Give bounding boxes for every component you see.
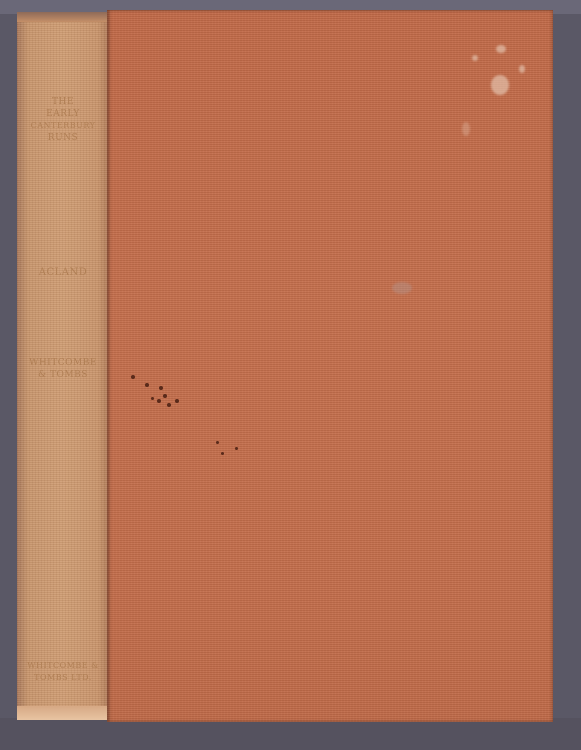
spine-title-line: The (17, 96, 109, 108)
foxing-spot (216, 441, 219, 444)
foxing-spot (131, 375, 135, 379)
cover-stain (519, 65, 525, 73)
spine-publisher: Whitcombe & Tombs (17, 357, 109, 381)
spine-publisher-line: Whitcombe (17, 357, 109, 369)
spine-title: The Early Canterbury Runs (17, 96, 109, 144)
spine-imprint-line: Whitcombe & (17, 660, 109, 672)
book-spine: The Early Canterbury Runs Acland Whitcom… (17, 12, 109, 720)
foxing-spot (175, 399, 179, 403)
spine-title-line: Early (17, 108, 109, 120)
cover-stain (491, 75, 509, 95)
cover-stain (496, 45, 506, 53)
foxing-spot (221, 452, 224, 455)
foxing-spot (167, 403, 171, 407)
spine-imprint: Whitcombe & Tombs Ltd. (17, 660, 109, 684)
front-cover (107, 10, 553, 722)
spine-title-line: Canterbury (17, 120, 109, 132)
foxing-spot (151, 397, 154, 400)
cover-scuff (392, 282, 412, 294)
foxing-spot (163, 394, 167, 398)
foxing-spot (145, 383, 149, 387)
cover-stain (472, 55, 478, 61)
foxing-spot (157, 399, 161, 403)
spine-top-wear (17, 12, 109, 22)
spine-publisher-line: & Tombs (17, 369, 109, 381)
spine-title-line: Runs (17, 132, 109, 144)
foxing-spot (159, 386, 163, 390)
spine-imprint-line: Tombs Ltd. (17, 672, 109, 684)
background-bottom (0, 718, 581, 750)
spine-bottom-wear (17, 706, 109, 720)
foxing-spot (235, 447, 238, 450)
book: The Early Canterbury Runs Acland Whitcom… (17, 10, 553, 722)
spine-author: Acland (17, 267, 109, 279)
cover-stain (462, 122, 470, 136)
